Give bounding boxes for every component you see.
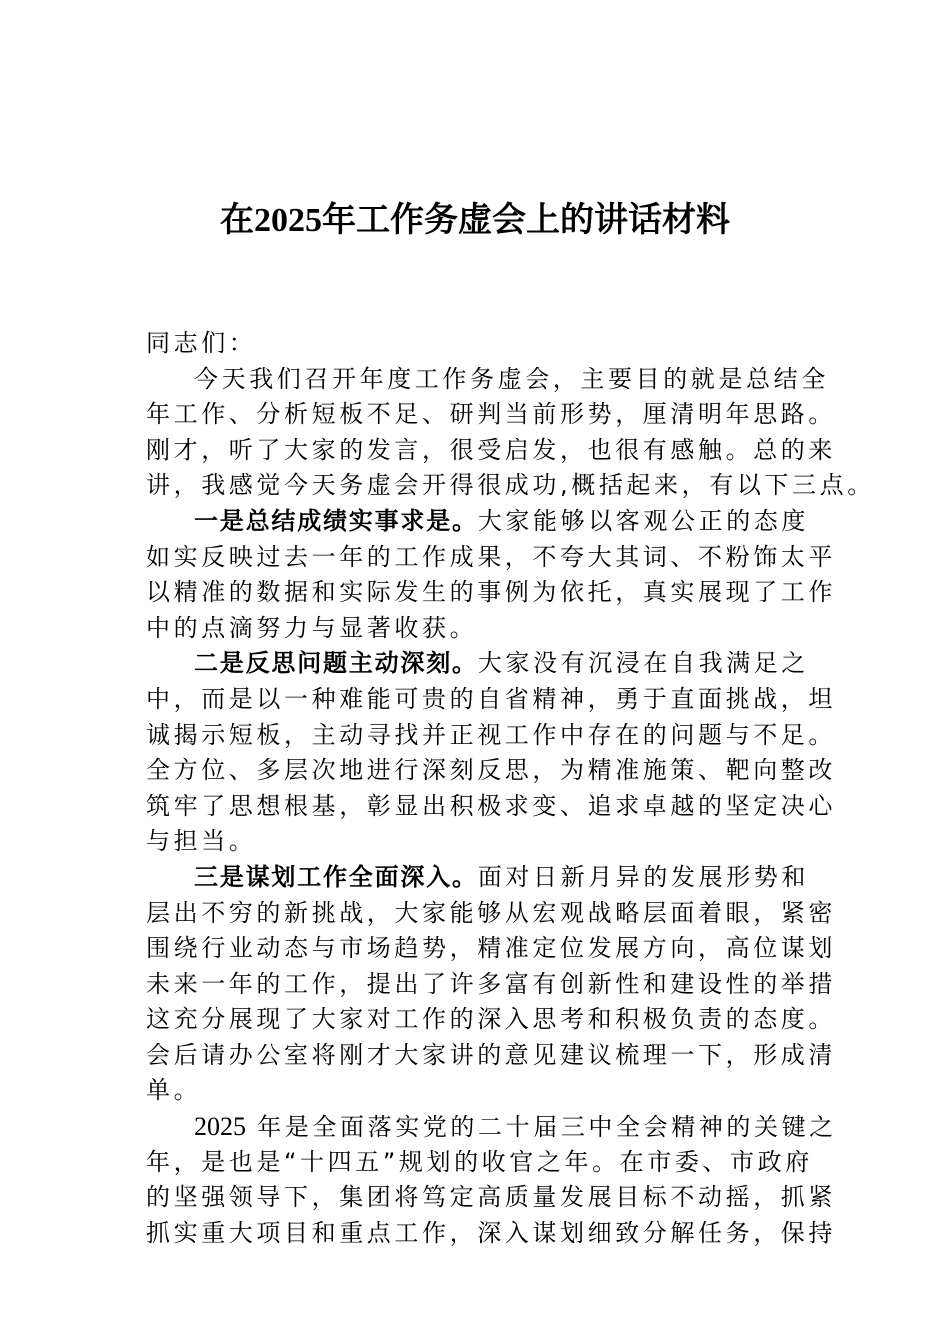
paragraph-2-lead: 一是总结成绩实事求是。 (194, 507, 478, 535)
paragraph-5-text: 年是全面落实党的二十届三中全会精神的关键之 (257, 1113, 837, 1141)
paragraph-4-lead: 三是谋划工作全面深入。 (194, 863, 478, 891)
paragraph-1-line-3: 刚才，听了大家的发言，很受启发，也很有感触。总的来 (146, 433, 808, 469)
paragraph-4-line-3: 围绕行业动态与市场趋势，精准定位发展方向，高位谋划 (146, 931, 808, 967)
paragraph-3-line-6: 与担当。 (146, 824, 808, 860)
paragraph-4-line-5: 这充分展现了大家对工作的深入思考和积极负责的态度。 (146, 1002, 808, 1038)
paragraph-5-line-2: 年，是也是“十四五”规划的收官之年。在市委、市政府 (146, 1145, 808, 1181)
paragraph-2-line-2: 如实反映过去一年的工作成果，不夸大其词、不粉饰太平 (146, 540, 808, 576)
paragraph-2-text: 大家能够以客观公正的态度 (478, 507, 809, 535)
paragraph-5-line-3: 的坚强领导下，集团将笃定高质量发展目标不动摇，抓紧 (146, 1180, 808, 1216)
paragraph-1-line-2: 年工作、分析短板不足、研判当前形势，厘清明年思路。 (146, 397, 808, 433)
paragraph-2-line-3: 以精准的数据和实际发生的事例为依托，真实展现了工作 (146, 575, 808, 611)
paragraph-3-line-5: 筑牢了思想根基，彰显出积极求变、追求卓越的坚定决心 (146, 789, 808, 825)
paragraph-4-text: 面对日新月异的发展形势和 (478, 863, 809, 891)
paragraph-3-line-1: 二是反思问题主动深刻。大家没有沉浸在自我满足之 (146, 646, 808, 682)
paragraph-4-line-6: 会后请办公室将刚才大家讲的意见建议梳理一下，形成清 (146, 1038, 808, 1074)
paragraph-5-line-1: 2025 年是全面落实党的二十届三中全会精神的关键之 (146, 1109, 808, 1145)
paragraph-5-year: 2025 (194, 1112, 246, 1141)
paragraph-2-line-1: 一是总结成绩实事求是。大家能够以客观公正的态度 (146, 504, 808, 540)
paragraph-2-line-4: 中的点滴努力与显著收获。 (146, 611, 808, 647)
paragraph-1-line-4: 讲，我感觉今天务虚会开得很成功,概括起来，有以下三点。 (146, 468, 808, 504)
paragraph-4-line-7: 单。 (146, 1073, 808, 1109)
paragraph-3-line-2: 中，而是以一种难能可贵的自省精神，勇于直面挑战，坦 (146, 682, 808, 718)
document-page: 在2025年工作务虚会上的讲话材料 同志们： 今天我们召开年度工作务虚会，主要目… (0, 0, 950, 1344)
paragraph-4-line-1: 三是谋划工作全面深入。面对日新月异的发展形势和 (146, 860, 808, 896)
paragraph-3-lead: 二是反思问题主动深刻。 (194, 649, 478, 677)
paragraph-4-line-2: 层出不穷的新挑战，大家能够从宏观战略层面着眼，紧密 (146, 896, 808, 932)
salutation: 同志们： (146, 326, 808, 362)
paragraph-4-line-4: 未来一年的工作，提出了许多富有创新性和建设性的举措 (146, 967, 808, 1003)
document-title: 在2025年工作务虚会上的讲话材料 (0, 196, 950, 246)
paragraph-3-line-4: 全方位、多层次地进行深刻反思，为精准施策、靶向整改 (146, 753, 808, 789)
document-body: 同志们： 今天我们召开年度工作务虚会，主要目的就是总结全 年工作、分析短板不足、… (146, 326, 808, 1251)
paragraph-3-text: 大家没有沉浸在自我满足之 (478, 649, 809, 677)
paragraph-1-line-1: 今天我们召开年度工作务虚会，主要目的就是总结全 (146, 362, 808, 398)
paragraph-3-line-3: 诚揭示短板，主动寻找并正视工作中存在的问题与不足。 (146, 718, 808, 754)
paragraph-5-line-4: 抓实重大项目和重点工作，深入谋划细致分解任务，保持 (146, 1216, 808, 1252)
